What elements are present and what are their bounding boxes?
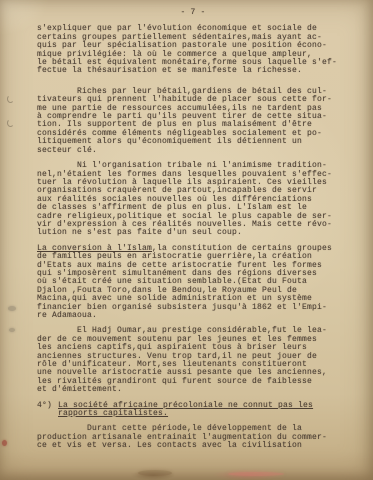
paragraph-1: s'expliquer que par l'évolution économiq… — [37, 25, 349, 75]
stain-pink — [228, 472, 284, 476]
smudge-mark — [9, 328, 15, 332]
paragraph-6: Durant cette période,le développement de… — [37, 425, 349, 450]
pencil-mark — [7, 119, 14, 127]
paragraph-3: Ni l'organisation tribale ni l'animisme … — [37, 162, 349, 238]
smudge-mark — [8, 306, 16, 311]
paragraph-5: El Hadj Oumar,au prestige considérable,f… — [37, 327, 349, 394]
pencil-mark — [7, 95, 14, 103]
stain-brown — [138, 470, 172, 476]
paragraph-2: Riches par leur bétail,gardiens de bétai… — [37, 88, 349, 155]
paragraph-4: La conversion à l'Islam,la constitution … — [37, 245, 349, 321]
section-number: 4°) — [37, 402, 52, 410]
paragraph-4-rest: ,la constitution de certains groupes de … — [37, 244, 332, 320]
document-page: - 7 - s'expliquer que par l'évolution éc… — [0, 0, 373, 480]
section-heading: 4°) La société africaine précoloniale ne… — [37, 402, 349, 419]
page-number: - 7 - — [37, 9, 349, 17]
red-ink-spot — [2, 440, 7, 446]
section-heading-text: La société africaine précoloniale ne con… — [58, 402, 313, 419]
